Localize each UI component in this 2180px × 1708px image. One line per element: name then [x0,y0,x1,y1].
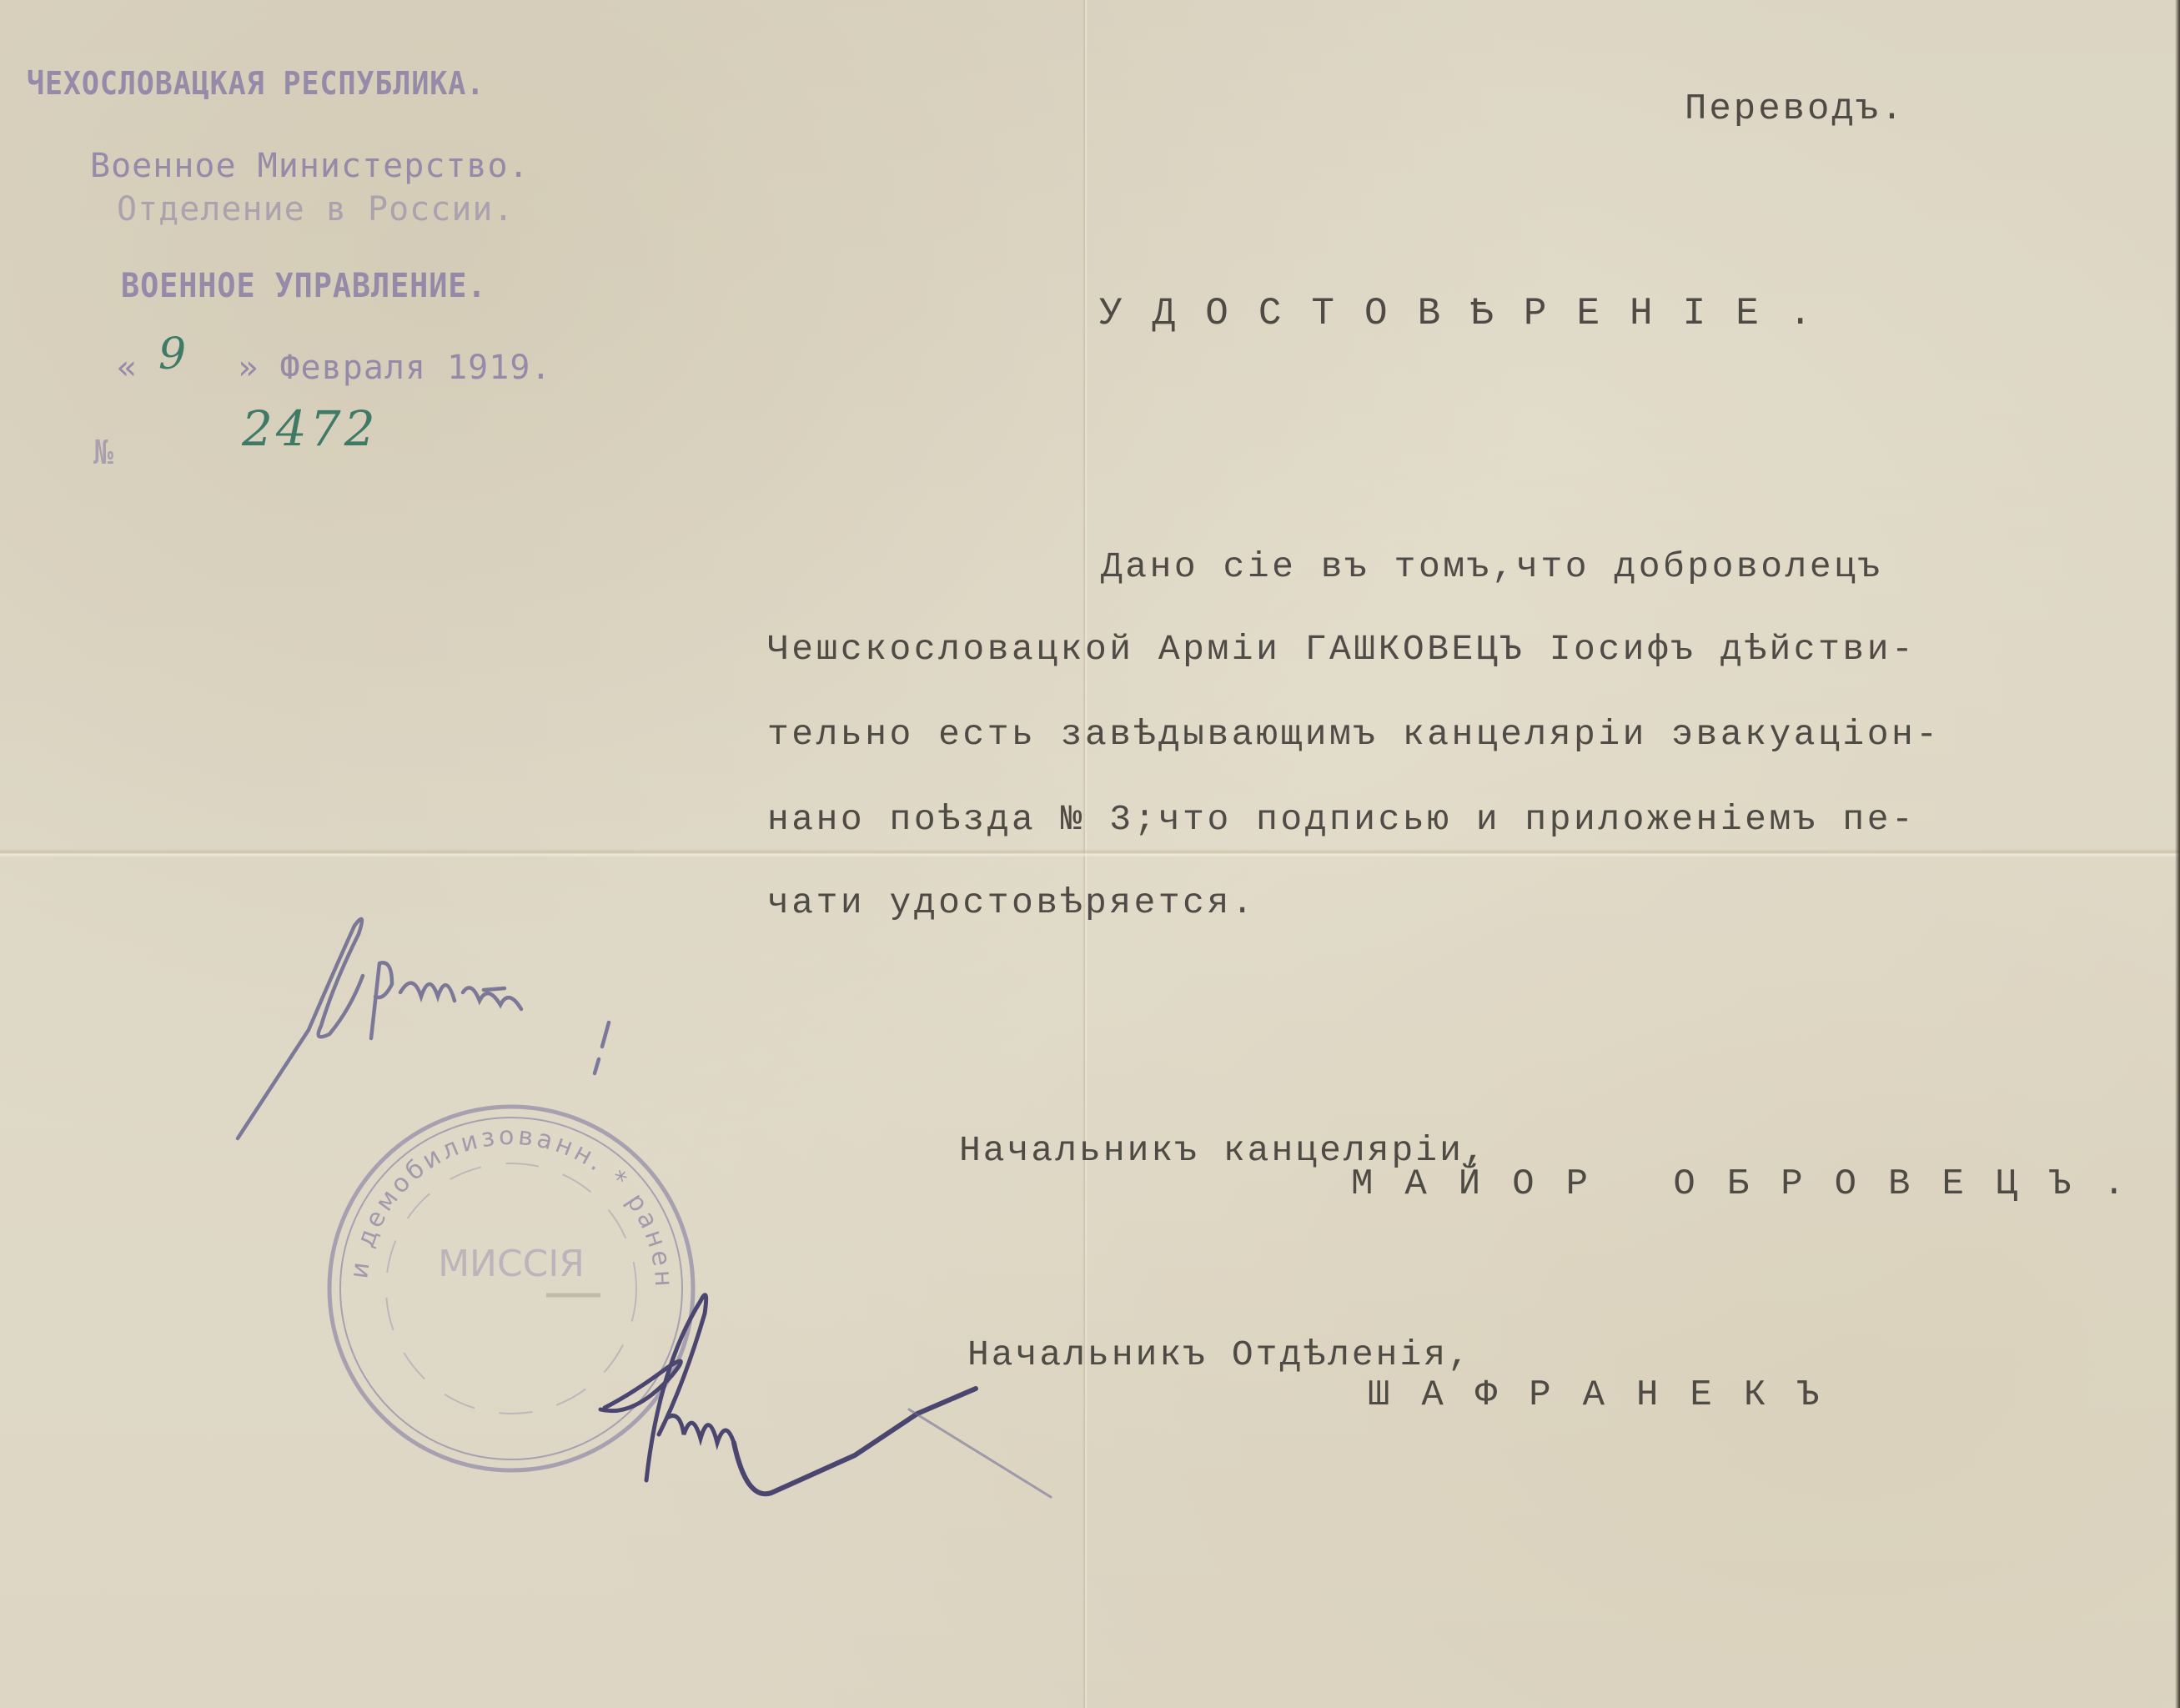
signatory-2-name: ШАФРАНЕКЪ [1368,1374,1851,1416]
signatory-1-name: МАЙОР ОБРОВЕЦЪ. [1351,1163,2157,1205]
document-sheet: ЧЕХОСЛОВАЦКАЯ РЕСПУБЛИКА. Военное Минист… [0,0,2180,1708]
handwritten-day: 9 [158,329,186,379]
body-line-1: Дано сіе въ томъ,что доброволецъ [1101,546,1883,587]
body-line-2: Чешскословацкой Арміи ГАШКОВЕЦЪ Іосифъ д… [767,629,1916,670]
stamp-center-text: МИССІЯ [438,1243,585,1285]
header-republic: ЧЕХОСЛОВАЦКАЯ РЕСПУБЛИКА. [27,65,485,102]
horizontal-fold-line [0,849,2180,857]
document-title: УДОСТОВѢРЕНІЕ. [1099,292,1841,335]
countersign-annotation-icon [238,919,609,1138]
header-administration: ВОЕННОЕ УПРАВЛЕНИЕ. [121,267,486,305]
body-line-5: чати удостовѣряется. [767,882,1256,923]
signatory-2-title: Начальникъ Отдѣленія, [967,1334,1472,1375]
body-line-3: тельно есть завѣдывающимъ канцеляріи эва… [767,714,1941,755]
header-number-label: № [93,434,114,472]
date-month-year: » Февраля 1919. [238,349,551,387]
header-department: Отделение в России. [117,190,515,229]
date-open-quote: « [117,349,138,387]
body-line-4: нано поѣзда № 3;что подписью и приложені… [767,799,1916,840]
ink-signature-icon [600,1295,1051,1497]
handwritten-number: 2472 [242,400,379,457]
paper-edge-shadow [2175,0,2180,1708]
header-ministry: Военное Министерство. [90,147,530,185]
translation-label: Переводъ. [1685,88,1906,130]
